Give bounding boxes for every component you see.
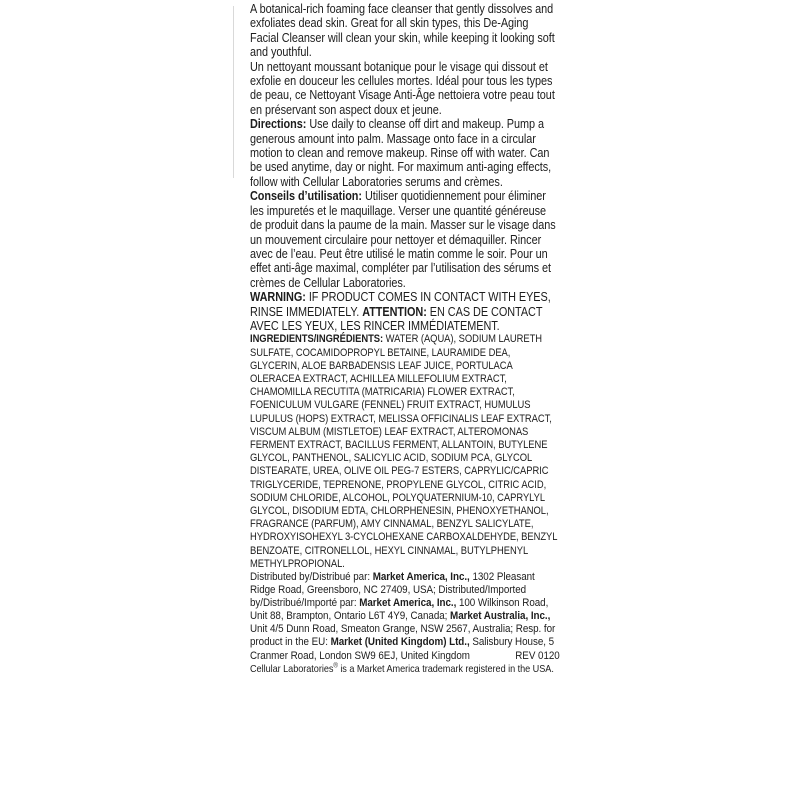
revision-code: REV 0120 <box>515 650 559 663</box>
conseils-lead: Conseils d’utilisation: <box>250 189 362 203</box>
conseils-paragraph: Conseils d’utilisation: Utiliser quotidi… <box>250 189 560 290</box>
ingredients-body: WATER (AQUA), SODIUM LAURETH SULFATE, CO… <box>250 333 557 569</box>
warning-paragraph: WARNING: IF PRODUCT COMES IN CONTACT WIT… <box>250 290 560 333</box>
description-french: Un nettoyant moussant botanique pour le … <box>250 60 560 118</box>
description-english: A botanical-rich foaming face cleanser t… <box>250 2 560 60</box>
conseils-body: Utiliser quotidiennement pour éliminer l… <box>250 189 556 289</box>
trademark-line: Cellular Laboratories® is a Market Ameri… <box>250 663 560 676</box>
distribution-paragraph: Distributed by/Distribué par: Market Ame… <box>250 571 560 663</box>
label-text-column: A botanical-rich foaming face cleanser t… <box>250 2 560 676</box>
product-label-page: A botanical-rich foaming face cleanser t… <box>0 0 800 800</box>
directions-paragraph: Directions: Use daily to cleanse off dir… <box>250 117 560 189</box>
warning-lead-en: WARNING: <box>250 290 306 304</box>
label-crease-line <box>233 6 234 178</box>
ingredients-lead: INGREDIENTS/INGRÉDIENTS: <box>250 333 383 345</box>
warning-lead-fr: ATTENTION: <box>362 305 427 319</box>
directions-lead: Directions: <box>250 117 306 131</box>
distribution-text: Distributed by/Distribué par: Market Ame… <box>250 571 555 662</box>
ingredients-paragraph: INGREDIENTS/INGRÉDIENTS: WATER (AQUA), S… <box>250 333 560 571</box>
